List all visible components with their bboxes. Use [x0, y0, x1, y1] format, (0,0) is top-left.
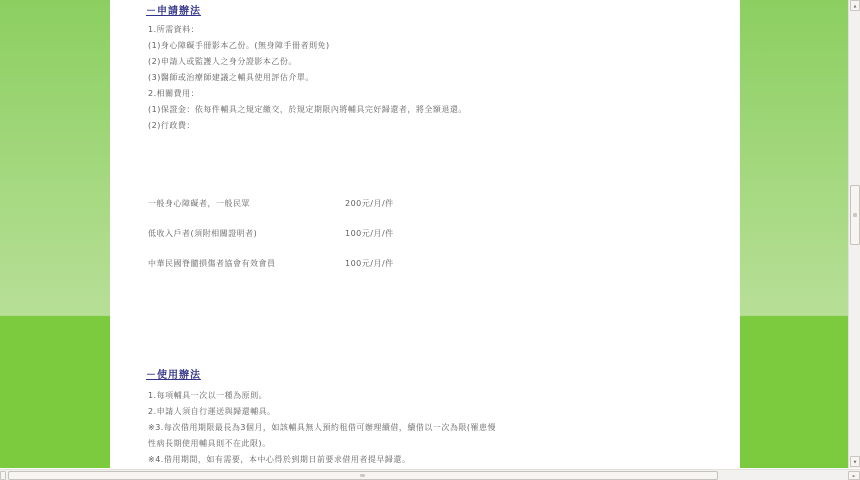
fee-row-label: 中華民國脊髓損傷者協會有效會員 [148, 258, 276, 269]
text-line: (2)申請人或監護人之身分證影本乙份。 [148, 54, 467, 70]
right-arrow-icon: ► [850, 474, 859, 478]
fee-table: 一般身心障礙者，一般民眾 200元/月/件 低收入戶者(須附相關證明者) 100… [148, 190, 568, 280]
application-section-text: 1.所需資料： (1)身心障礙手冊影本乙份。(無身障手冊者則免) (2)申請人或… [148, 22, 467, 134]
page: －申請辦法 1.所需資料： (1)身心障礙手冊影本乙份。(無身障手冊者則免) (… [0, 0, 860, 480]
text-line: 2.相關費用： [148, 86, 467, 102]
text-line: 1.所需資料： [148, 22, 467, 38]
thumb-grip [360, 474, 365, 477]
text-line: (1)保證金：依每件輔具之規定繳交，於規定期限內將輔具完好歸還者，將全額退還。 [148, 102, 467, 118]
text-line: 1.每項輔具一次以一種為原則。 [148, 388, 496, 404]
text-line: ※3.每次借用期限最長為3個月，如該輔具無人預約租借可辦理續借，續借以一次為限(… [148, 420, 496, 436]
text-line: 性病長期使用輔具則不在此限)。 [148, 436, 496, 452]
fee-row-value: 200元/月/件 [345, 198, 394, 209]
application-section-title: －申請辦法 [146, 2, 201, 17]
scroll-left-button[interactable] [0, 471, 6, 480]
vertical-scrollbar-thumb[interactable] [850, 185, 860, 245]
usage-section-title: －使用辦法 [146, 366, 201, 381]
fee-row-value: 100元/月/件 [345, 228, 394, 239]
horizontal-scrollbar[interactable]: ► [0, 469, 860, 480]
right-green-sidebar [740, 0, 848, 468]
up-arrow-icon: ▲ [851, 4, 858, 8]
scroll-down-button[interactable]: ▼ [850, 456, 860, 467]
fee-row-value: 100元/月/件 [345, 258, 394, 269]
table-row: 一般身心障礙者，一般民眾 200元/月/件 [148, 190, 568, 220]
scroll-right-button[interactable]: ► [848, 471, 860, 480]
table-row: 中華民國脊髓損傷者協會有效會員 100元/月/件 [148, 250, 568, 280]
down-arrow-icon: ▼ [851, 460, 858, 464]
fee-row-label: 低收入戶者(須附相關證明者) [148, 228, 257, 239]
horizontal-scrollbar-thumb[interactable] [8, 471, 718, 480]
thumb-grip [853, 213, 857, 217]
text-line: ※4.借用期間，如有需要，本中心得於到期日前要求借用者提早歸還。 [148, 452, 496, 468]
table-row: 低收入戶者(須附相關證明者) 100元/月/件 [148, 220, 568, 250]
text-line: 2.申請人須自行運送與歸還輔具。 [148, 404, 496, 420]
vertical-scrollbar[interactable]: ▲ ▼ [848, 0, 860, 468]
text-line: (2)行政費： [148, 118, 467, 134]
left-green-sidebar [0, 0, 110, 468]
text-line: (3)醫師或治療師建議之輔具使用評估介單。 [148, 70, 467, 86]
fee-row-label: 一般身心障礙者，一般民眾 [148, 198, 250, 209]
scroll-up-button[interactable]: ▲ [850, 0, 860, 11]
usage-section-text: 1.每項輔具一次以一種為原則。 2.申請人須自行運送與歸還輔具。 ※3.每次借用… [148, 388, 496, 468]
text-line: (1)身心障礙手冊影本乙份。(無身障手冊者則免) [148, 38, 467, 54]
